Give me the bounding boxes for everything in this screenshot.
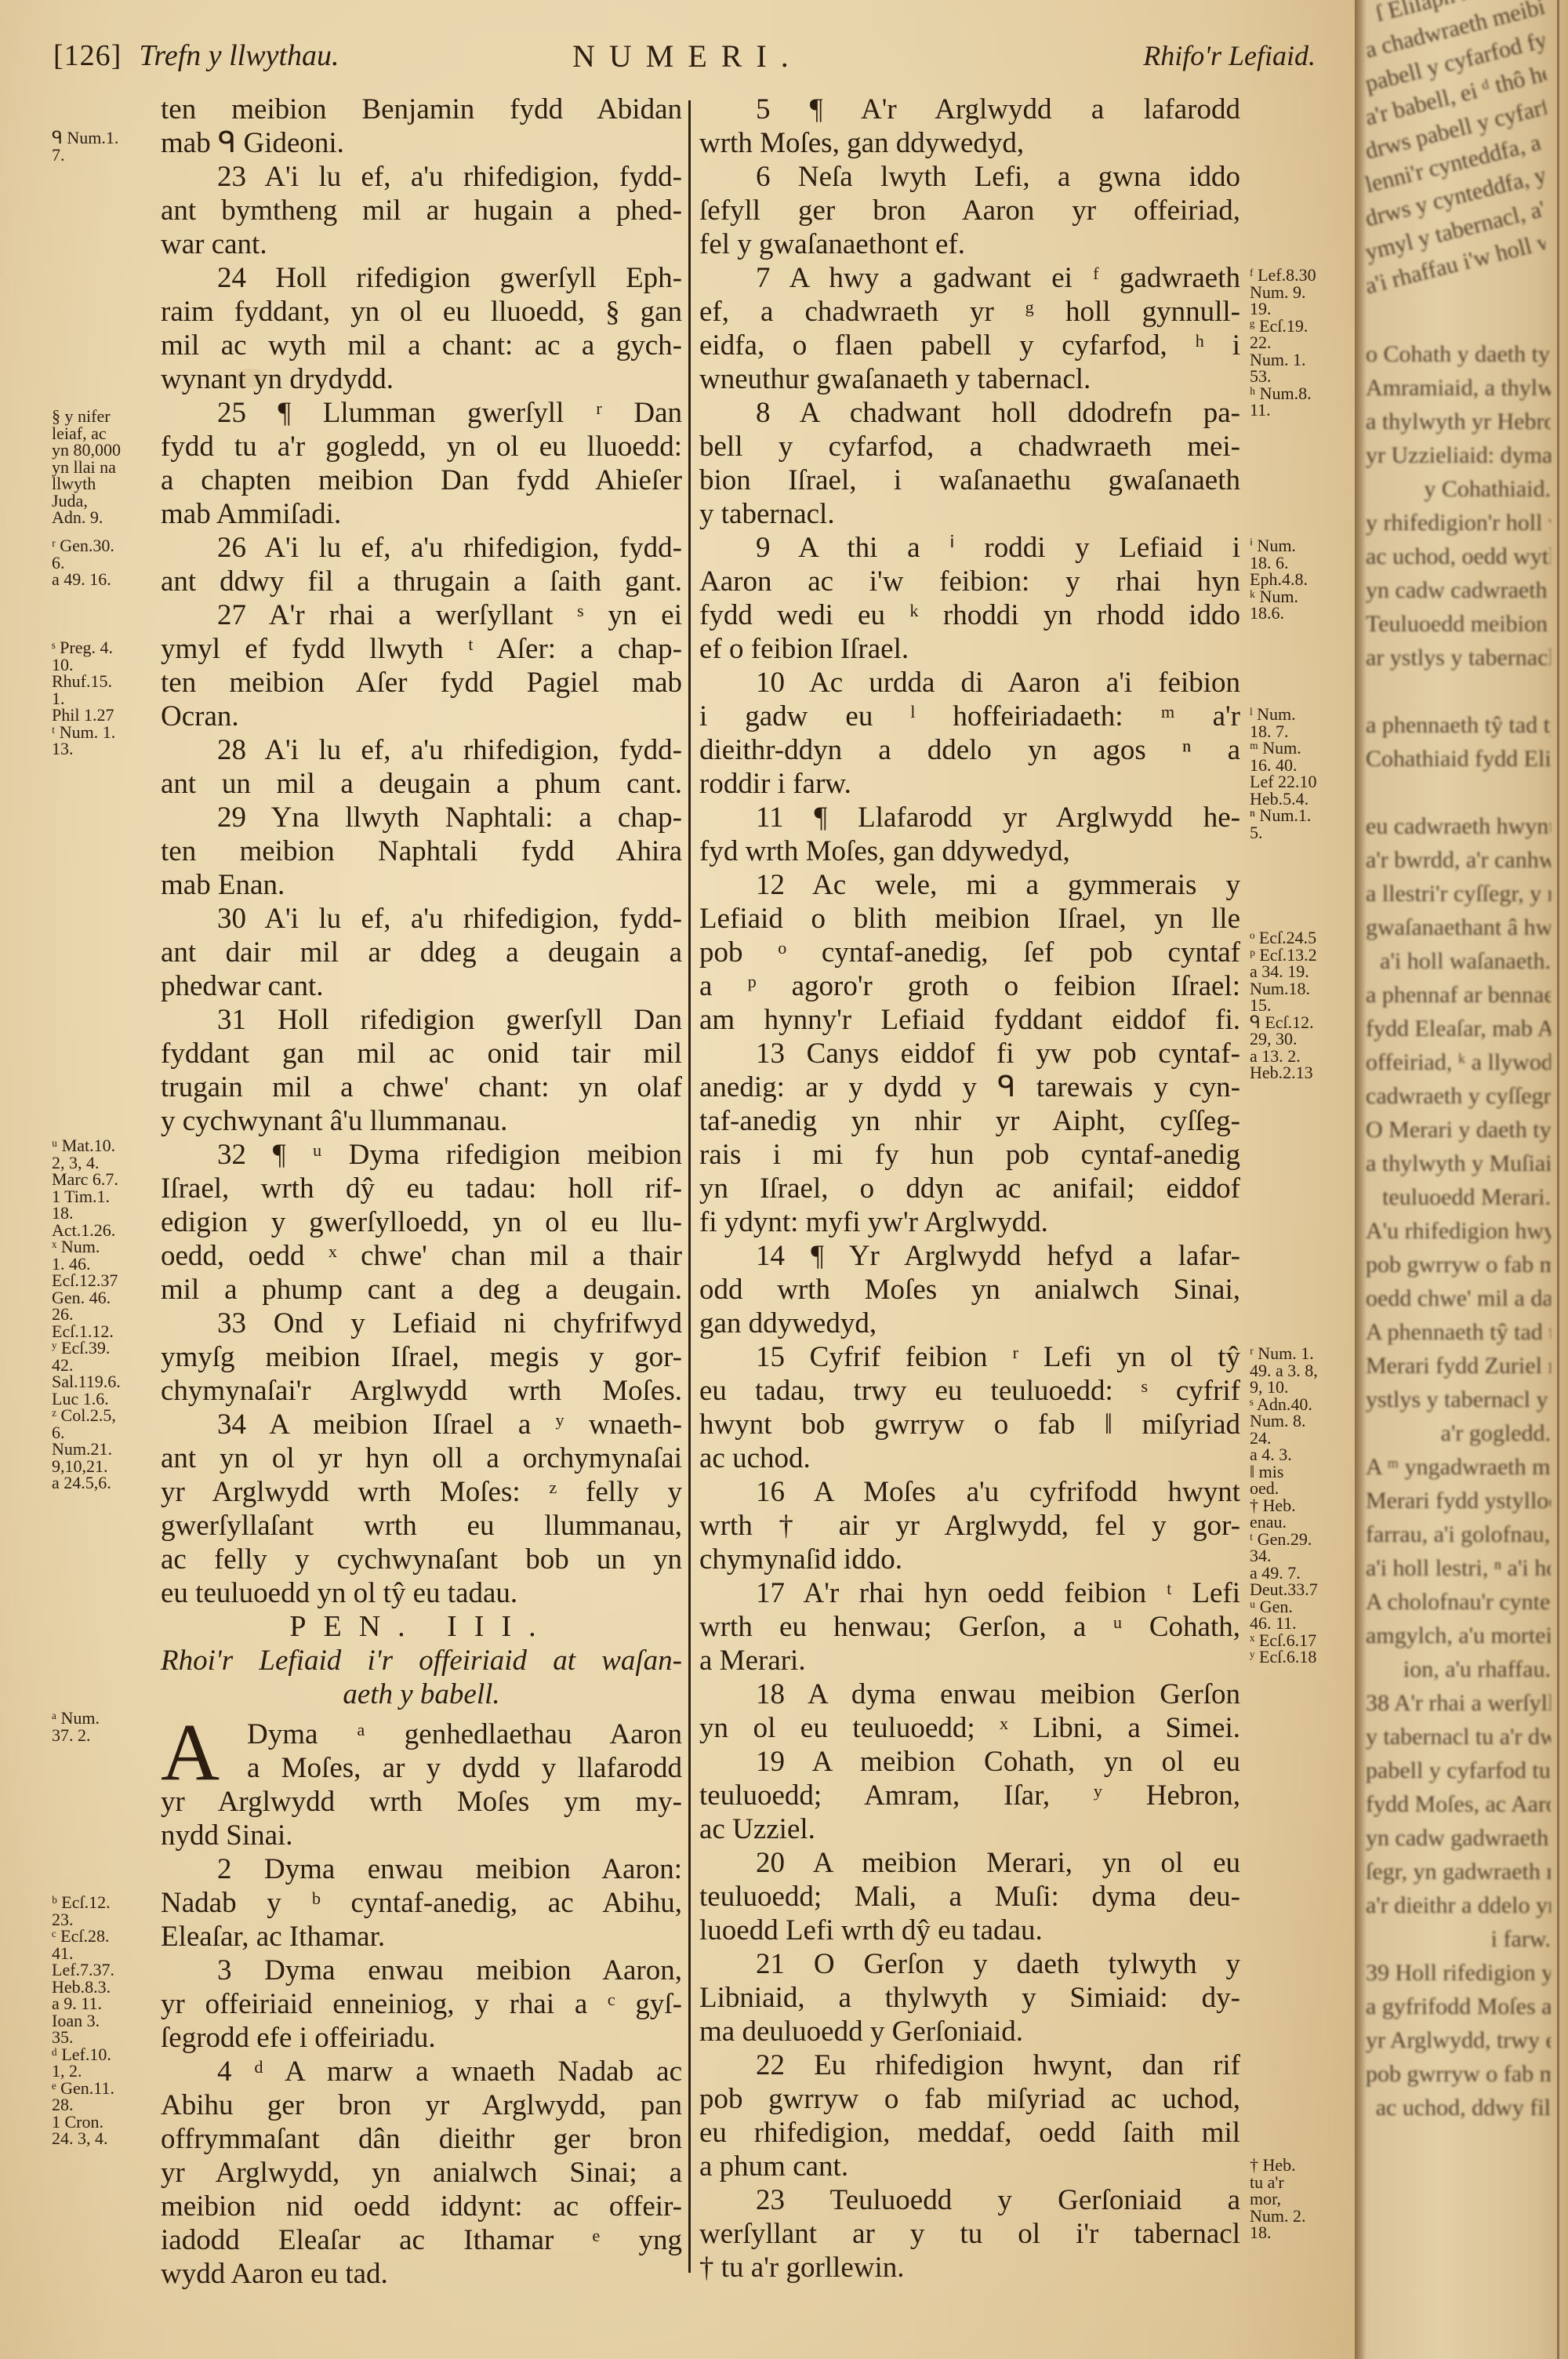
gutter-shadow (1355, 0, 1366, 2359)
text-line: luoedd Lefi wrth dŷ eu tadau. (699, 1914, 1240, 1947)
text-line: fyd wrth Moſes, gan ddywedyd, (699, 834, 1240, 868)
adjacent-page-line: pob gwrryw o fab miſyriad (1366, 2057, 1551, 2091)
text-line: Libniaid, a thylwyth y Simiaid: dy- (699, 1981, 1240, 2015)
text-line: ac uchod. (699, 1441, 1240, 1475)
adjacent-page-line: a'i holl waſanaeth. (1366, 944, 1551, 978)
text-line: pob gwrryw o fab miſyriad ac uchod, (699, 2082, 1240, 2116)
text-line: mil a phump cant a deg a deugain. (161, 1273, 682, 1307)
text-line: 20 A meibion Merari, yn ol eu (699, 1846, 1240, 1880)
text-line: 10 Ac urdda di Aaron a'i feibion (699, 666, 1240, 700)
adjacent-page-line: 39 Holl rifedigion y Lefiaid, y rhai (1366, 1956, 1551, 1990)
text-line: phedwar cant. (161, 969, 682, 1003)
adjacent-page-line: A cholofnau'r cynteddfa o (1366, 1585, 1551, 1619)
text-line: anedig: ar y dydd y ᑫ tarewais y cyn- (699, 1070, 1240, 1104)
text-line: Lefiaid o blith meibion Iſrael, yn lle (699, 902, 1240, 936)
adjacent-page-line: y tabernacl tu a'r dwyrain, o flaen (1366, 1720, 1551, 1754)
drop-cap: A (161, 1719, 220, 1787)
text-line: mab Ammiſadi. (161, 497, 682, 531)
margin-reference: ˡ Num. 18. 7. ᵐ Num. 16. 40. Lef 22.10 H… (1250, 706, 1317, 841)
adjacent-page-line: y Cohathiaid. (1366, 472, 1551, 506)
margin-reference: ᵘ Mat.10. 2, 3, 4. Marc 6.7. 1 Tim.1. 18… (52, 1137, 121, 1492)
text-line: 9 A thi a ⁱ roddi y Lefiaid i (699, 531, 1240, 565)
text-line: fydd wedi eu ᵏ rhoddi yn rhodd iddo (699, 598, 1240, 632)
adjacent-page-line: a'r bwrdd, a'r canhwyllbren, (1366, 843, 1551, 877)
text-line: bell y cyfarfod, a chadwraeth mei- (699, 430, 1240, 463)
text-line: 21 O Gerſon y daeth tylwyth y (699, 1947, 1240, 1981)
adjacent-page-line: yn cadw gadwraeth y cyſ- (1366, 1821, 1551, 1855)
text-line: a phum cant. (699, 2150, 1240, 2183)
text-line: 29 Yna llwyth Naphtali: a chap- (161, 801, 682, 834)
adjacent-page-line (1366, 776, 1551, 809)
chapter-heading: PEN. III. (161, 1610, 682, 1644)
text-line: wrth † air yr Arglwydd, fel y gor- (699, 1509, 1240, 1543)
adjacent-page-line: a thylwyth yr Hebroniaid, a (1366, 405, 1551, 438)
adjacent-page-line: amgylch, a'u morteiſiau, a'u hoel- (1366, 1619, 1551, 1652)
text-line: chymynaſid iddo. (699, 1543, 1240, 1576)
text-line: 15 Cyfrif feibion ʳ Lefi yn ol tŷ (699, 1340, 1240, 1374)
margin-reference: † Heb. tu a'r mor, Num. 2. 18. (1250, 2157, 1306, 2241)
adjacent-page-line: fydd Eleaſar, mab Aaron (1366, 1012, 1551, 1045)
adjacent-page-line: farrau, a'i golofnau, a'i forteiſiau, (1366, 1518, 1551, 1551)
text-line: chymynaſai'r Arglwydd wrth Moſes. (161, 1374, 682, 1408)
text-line: werſyllant ar y tu ol i'r tabernacl (699, 2217, 1240, 2251)
adjacent-page-line: fydd Moſes, ac Aaron a'i feibion, (1366, 1787, 1551, 1821)
adjacent-page-line: pob gwrryw o fab miſyriad ac (1366, 1248, 1551, 1281)
text-line: eu tadau, trwy eu teuluoedd: ˢ cyfrif (699, 1374, 1240, 1408)
text-line: ef, a chadwraeth yr ᵍ holl gynnull- (699, 295, 1240, 329)
adjacent-page-line (1366, 674, 1551, 708)
text-line: ef o feibion Iſrael. (699, 632, 1240, 666)
text-line: 17 A'r rhai hyn oedd feibion ᵗ Lefi (699, 1576, 1240, 1610)
adjacent-page-line: a thylwyth y Muſiaid: dyma (1366, 1147, 1551, 1180)
text-line: eu teuluoedd yn ol tŷ eu tadau. (161, 1576, 682, 1610)
text-line: ten meibion Benjamin fydd Abidan (161, 93, 682, 126)
margin-reference: ʳ Gen.30. 6. a 49. 16. (52, 537, 114, 588)
text-line: i gadw eu ˡ hoffeiriadaeth: ᵐ a'r (699, 700, 1240, 733)
chapter-summary: Rhoi'r Lefiaid i'r offeiriaid at waſan- (161, 1644, 682, 1677)
book-page: [126] Trefn y llwythau. NUMERI. Rhifo'r … (0, 0, 1356, 2359)
column-divider (688, 100, 691, 2273)
text-line: raim fyddant, yn ol eu lluoedd, § gan (161, 295, 682, 329)
text-line: ymyl ef fydd llwyth ᵗ Aſer: a chap- (161, 632, 682, 666)
adjacent-page-line: a phennaeth tŷ tad tylwyth (1366, 708, 1551, 742)
text-line: ſefyll ger bron Aaron yr offeiriad, (699, 194, 1240, 227)
text-line: 22 Eu rhifedigion hwynt, dan rif (699, 2048, 1240, 2082)
text-line: mil ac wyth mil a chant: ac a gych- (161, 329, 682, 362)
text-line: 24 Holl rifedigion gwerſyll Eph- (161, 261, 682, 295)
adjacent-page-line: gwaſanaethant â hwynt, a'r gaead (1366, 911, 1551, 944)
text-line: yn Iſrael, o ddyn ac anifail; eiddof (699, 1172, 1240, 1205)
text-line: 26 A'i lu ef, a'u rhifedigion, fydd- (161, 531, 682, 565)
text-line: Ocran. (161, 700, 682, 733)
text-line: edigion y gwerſylloedd, yn ol eu llu- (161, 1205, 682, 1239)
text-line: ſegrodd efe i offeiriadu. (161, 2021, 682, 2055)
adjacent-page-line: ion, a'u rhaffau. (1366, 1652, 1551, 1686)
text-line: Iſrael, wrth dŷ eu tadau: holl rif- (161, 1172, 682, 1205)
adjacent-page-line: ac uchod, ddwy fil (1366, 2091, 1551, 2125)
text-line: 27 A'r rhai a werſyllant ˢ yn ei (161, 598, 682, 632)
chapter-summary: aeth y babell. (161, 1677, 682, 1711)
adjacent-page-line: Amramiaid, a thylwyth yr Iſar- (1366, 371, 1551, 405)
text-line: ten meibion Naphtali fydd Ahira (161, 834, 682, 868)
text-line: ac Uzziel. (699, 1812, 1240, 1846)
text-line: teuluoedd; Mali, a Muſi: dyma deu- (699, 1880, 1240, 1914)
margin-reference: ᑫ Num.1. 7. (52, 129, 118, 163)
adjacent-page-line: Merari fydd ystyllod y tabernacl, a'i (1366, 1484, 1551, 1518)
text-line: war cant. (161, 227, 682, 261)
text-line: 30 A'i lu ef, a'u rhifedigion, fydd- (161, 902, 682, 936)
text-line: fi ydynt: myfi yw'r Arglwydd. (699, 1205, 1240, 1239)
text-line: teuluoedd; Amram, Iſar, ʸ Hebron, (699, 1779, 1240, 1812)
adjacent-page-line: yn cadw cadwraeth y (1366, 573, 1551, 607)
text-line: fydd tu a'r gogledd, yn ol eu lluoedd: (161, 430, 682, 463)
text-line: mab ᑫ Gideoni. (161, 126, 682, 160)
adjacent-page-line: i farw. (1366, 1922, 1551, 1956)
text-line: 25 ¶ Llumman gwerſyll ʳ Dan (161, 396, 682, 430)
text-line: bion Iſrael, i waſanaethu gwaſanaeth (699, 463, 1240, 497)
text-line: 19 A meibion Cohath, yn ol eu (699, 1745, 1240, 1779)
text-line: wrth Moſes, gan ddywedyd, (699, 126, 1240, 160)
running-head-right: Rhifo'r Lefiaid. (1143, 39, 1316, 72)
text-line: yr Arglwydd wrth Moſes ym my- (161, 1785, 682, 1819)
adjacent-page-line: 38 A'r rhai a werſyllant o flaen (1366, 1686, 1551, 1720)
text-line: gan ddywedyd, (699, 1307, 1240, 1340)
text-line: mab Enan. (161, 868, 682, 902)
text-line: 13 Canys eiddof fi yw pob cyntaf- (699, 1037, 1240, 1070)
text-line: wynant yn drydydd. (161, 362, 682, 396)
text-line: ant un mil a deugain a phum cant. (161, 767, 682, 801)
text-line: 2 Dyma enwau meibion Aaron: (161, 1852, 682, 1886)
text-line: 5 ¶ A'r Arglwydd a lafarodd (699, 93, 1240, 126)
text-line: a Merari. (699, 1644, 1240, 1677)
text-line: ant dair mil ar ddeg a deugain a (161, 936, 682, 969)
text-line: oedd, oedd ˣ chwe' chan mil a thair (161, 1239, 682, 1273)
text-line: fel y gwaſanaethont ef. (699, 227, 1240, 261)
page-number: [126] (53, 39, 122, 72)
running-head-left: Trefn y llwythau. (139, 39, 339, 72)
text-line: eu rhifedigion, meddaf, oedd ſaith mil (699, 2116, 1240, 2150)
text-line: yn ol eu teuluoedd; ˣ Libni, a Simei. (699, 1711, 1240, 1745)
adjacent-page-line: pabell y cyfarfod tu a chodiad haul, (1366, 1754, 1551, 1787)
margin-reference: ᶠ Lef.8.30 Num. 9. 19. ᵍ Ecſ.19. 22. Num… (1250, 267, 1316, 419)
adjacent-page-line: a gyfrifodd Moſes ac Aaron, yn ol gair (1366, 1990, 1551, 2023)
text-line: eidfa, o flaen pabell y cyfarfod, ʰ i (699, 329, 1240, 362)
adjacent-page-line: eu cadwraeth hwynt fydd yr (1366, 809, 1551, 843)
text-line: odd wrth Moſes yn anialwch Sinai, (699, 1273, 1240, 1307)
text-line: wydd Aaron eu tad. (161, 2257, 682, 2291)
text-line: iadodd Eleaſar ac Ithamar ᵉ yng (161, 2223, 682, 2257)
adjacent-page-line: Teuluoedd meibion Cohath a (1366, 607, 1551, 641)
adjacent-page-line: teuluoedd Merari. (1366, 1180, 1551, 1214)
adjacent-page-line: O Merari y daeth tylwyth y (1366, 1113, 1551, 1147)
adjacent-page-line: offeiriad, ᵏ a llywodraeth ar geid- (1366, 1045, 1551, 1079)
margin-reference: ʳ Num. 1. 49. a 3. 8, 9, 10. ˢ Adn.40. N… (1250, 1345, 1318, 1666)
text-line: 33 Ond y Lefiaid ni chyfrifwyd (161, 1307, 682, 1340)
adjacent-page-line: a'r dieithr a ddelo yn agos a roddir (1366, 1888, 1551, 1922)
adjacent-page-line: ar ystlys y tabernacl ʰ tu (1366, 641, 1551, 674)
adjacent-page-line: a phennaf ar bennaethiaid y (1366, 978, 1551, 1012)
margin-reference: ⁱ Num. 18. 6. Eph.4.8. ᵏ Num. 18.6. (1250, 537, 1308, 622)
text-line: 14 ¶ Yr Arglwydd hefyd a lafar- (699, 1239, 1240, 1273)
adjacent-page-line: y rhifedigion'r holl wrrywaid, o fab (1366, 506, 1551, 540)
page-header: [126] Trefn y llwythau. NUMERI. Rhifo'r … (0, 38, 1356, 85)
book-title: NUMERI. (572, 38, 803, 75)
margin-reference: ᵒ Ecſ.24.5 ᵖ Ecſ.13.2 a 34. 19. Num.18. … (1250, 929, 1317, 1081)
adjacent-page-text: ſ Eliſaph mab Laela chadwraeth meibion G… (1366, 0, 1551, 2125)
adjacent-page-line: yr Uzzieliaid: dyma dyl- (1366, 438, 1551, 472)
text-column-left: ten meibion Benjamin fydd Abidanmab ᑫ Gi… (161, 93, 682, 2291)
text-line: wrth eu henwau; Gerſon, a ᵘ Cohath, (699, 1610, 1240, 1644)
adjacent-page-line (1366, 304, 1551, 337)
text-line: ma deuluoedd y Gerſoniaid. (699, 2015, 1240, 2048)
text-line: nydd Sinai. (161, 1819, 682, 1852)
text-line: ac felly y cychwynaſant bob un yn (161, 1543, 682, 1576)
text-line: offrymmaſant dân dieithr ger bron (161, 2122, 682, 2156)
margin-reference: ᵇ Ecſ.12. 23. ᶜ Ecſ.28. 41. Lef.7.37. He… (52, 1894, 114, 2147)
text-line: roddir i farw. (699, 767, 1240, 801)
header-left: [126] Trefn y llwythau. (53, 38, 339, 73)
adjacent-page-line: A'u rhifedigion hwynt, wrth (1366, 1214, 1551, 1248)
text-line: am hynny'r Lefiaid fyddant eiddof fi. (699, 1003, 1240, 1037)
text-line: a ᵖ agoro'r groth o feibion Iſrael: (699, 969, 1240, 1003)
text-line: 4 ᵈ A marw a wnaeth Nadab ac (161, 2055, 682, 2088)
adjacent-page-edge: ſ Eliſaph mab Laela chadwraeth meibion G… (1355, 0, 1568, 2359)
text-line: 11 ¶ Llafarodd yr Arglwydd he- (699, 801, 1240, 834)
text-line: trugain mil a chwe' chant: yn olaf (161, 1070, 682, 1104)
text-line: yr Arglwydd, yn anialwch Sinai; a (161, 2156, 682, 2190)
text-line: ymyſg meibion Iſrael, megis y gor- (161, 1340, 682, 1374)
text-line: meibion nid oedd iddynt: ac offeir- (161, 2190, 682, 2223)
text-line: † tu a'r gorllewin. (699, 2251, 1240, 2284)
text-line: yr offeiriaid enneiniog, y rhai a ᶜ gyſ- (161, 1987, 682, 2021)
adjacent-page-rule (1557, 0, 1559, 2359)
text-line: y tabernacl. (699, 497, 1240, 531)
text-line: Aaron ac i'w feibion: y rhai hyn (699, 565, 1240, 598)
adjacent-page-line: Merari fydd Zuriel mab Abihael: ar (1366, 1349, 1551, 1383)
adjacent-page-line: o Cohath y daeth tylwyth (1366, 337, 1551, 371)
adjacent-page-line: a'r gogledd. (1366, 1416, 1551, 1450)
text-line: 18 A dyma enwau meibion Gerſon (699, 1677, 1240, 1711)
text-line: fyddant gan mil ac onid tair mil (161, 1037, 682, 1070)
text-line: 8 A chadwant holl ddodrefn pa- (699, 396, 1240, 430)
text-line: 3 Dyma enwau meibion Aaron, (161, 1954, 682, 1987)
text-line: Abihu ger bron yr Arglwydd, pan (161, 2088, 682, 2122)
margin-reference: § y nifer leiaf, ac yn 80,000 yn llai na… (52, 408, 121, 526)
text-line: hwynt bob gwrryw o fab ‖ miſyriad (699, 1408, 1240, 1441)
text-line: 34 A meibion Iſrael a ʸ wnaeth- (161, 1408, 682, 1441)
adjacent-page-line: A phennaeth tŷ tad tylwyth (1366, 1315, 1551, 1349)
text-line: a Moſes, ar y dydd y llafarodd (161, 1751, 682, 1785)
text-line: 6 Neſa lwyth Lefi, a gwna iddo (699, 160, 1240, 194)
text-line: 28 A'i lu ef, a'u rhifedigion, fydd- (161, 733, 682, 767)
text-line: a chapten meibion Dan fydd Ahieſer (161, 463, 682, 497)
text-line: wneuthur gwaſanaeth y tabernacl. (699, 362, 1240, 396)
text-line: Nadab y ᵇ cyntaf-anedig, ac Abihu, (161, 1886, 682, 1920)
text-line: 12 Ac wele, mi a gymmerais y (699, 868, 1240, 902)
text-line: Dyma ᵃ genhedlaethau Aaron (161, 1717, 682, 1751)
adjacent-page-line: Cohathiaid fydd Eliſaphan mab (1366, 742, 1551, 776)
text-line: ant ddwy fil a thrugain a ſaith gant. (161, 565, 682, 598)
text-line: 31 Holl rifedigion gwerſyll Dan (161, 1003, 682, 1037)
adjacent-page-line: ſegr, yn gadwraeth meibion Iſrael: (1366, 1855, 1551, 1888)
adjacent-page-line: ac uchod, oedd wyth mil a (1366, 540, 1551, 573)
text-line: taf-anedig yn nhir yr Aipht, cyſſeg- (699, 1104, 1240, 1138)
text-line: ant yn ol yr hyn oll a orchymynaſai (161, 1441, 682, 1475)
text-line: 23 A'i lu ef, a'u rhifedigion, fydd- (161, 160, 682, 194)
text-line: rais i mi fy hun pob cyntaf-anedig (699, 1138, 1240, 1172)
text-line: 7 A hwy a gadwant ei ᶠ gadwraeth (699, 261, 1240, 295)
adjacent-page-line: A ᵐ yngadwraeth meibion (1366, 1450, 1551, 1484)
text-line: 16 A Moſes a'u cyfrifodd hwynt (699, 1475, 1240, 1509)
margin-reference: ᵃ Num. 37. 2. (52, 1710, 100, 1743)
chapter-opening: ADyma ᵃ genhedlaethau Aarona Moſes, ar y… (161, 1717, 682, 2291)
text-line: ant bymtheng mil ar hugain a phed- (161, 194, 682, 227)
adjacent-page-line: a'i holl lestri, ⁿ a'i holl waſanaeth; (1366, 1551, 1551, 1585)
text-line: yr Arglwydd wrth Moſes: ᶻ felly y (161, 1475, 682, 1509)
text-line: y cychwynant â'u llummanau. (161, 1104, 682, 1138)
text-line: pob ᵒ cyntaf-anedig, ſef pob cyntaf (699, 936, 1240, 969)
text-column-right: 5 ¶ A'r Arglwydd a lafaroddwrth Moſes, g… (699, 93, 1240, 2284)
margin-reference: ˢ Preg. 4. 10. Rhuf.15. 1. Phil 1.27 ᵗ N… (52, 639, 115, 758)
adjacent-page-line: a llestri'r cyſſegr, y rhai (1366, 877, 1551, 911)
adjacent-page-line: oedd chwe' mil a dau cant. (1366, 1281, 1551, 1315)
text-line: ten meibion Aſer fydd Pagiel mab (161, 666, 682, 700)
adjacent-page-line: ystlys y tabernacl y ˡ gwerſyllant tu (1366, 1383, 1551, 1416)
adjacent-page-line: yr Arglwydd, trwy eu teuluoedd, (1366, 2023, 1551, 2057)
text-line: 32 ¶ ᵘ Dyma rifedigion meibion (161, 1138, 682, 1172)
text-line: 23 Teuluoedd y Gerſoniaid a (699, 2183, 1240, 2217)
text-line: Eleaſar, ac Ithamar. (161, 1920, 682, 1954)
adjacent-page-line: cadwraeth y cyſſegr fydd iddo ef. (1366, 1079, 1551, 1113)
text-line: gwerſyllaſant wrth eu llummanau, (161, 1509, 682, 1543)
text-line: dieithr-ddyn a ddelo yn agos ⁿ a (699, 733, 1240, 767)
